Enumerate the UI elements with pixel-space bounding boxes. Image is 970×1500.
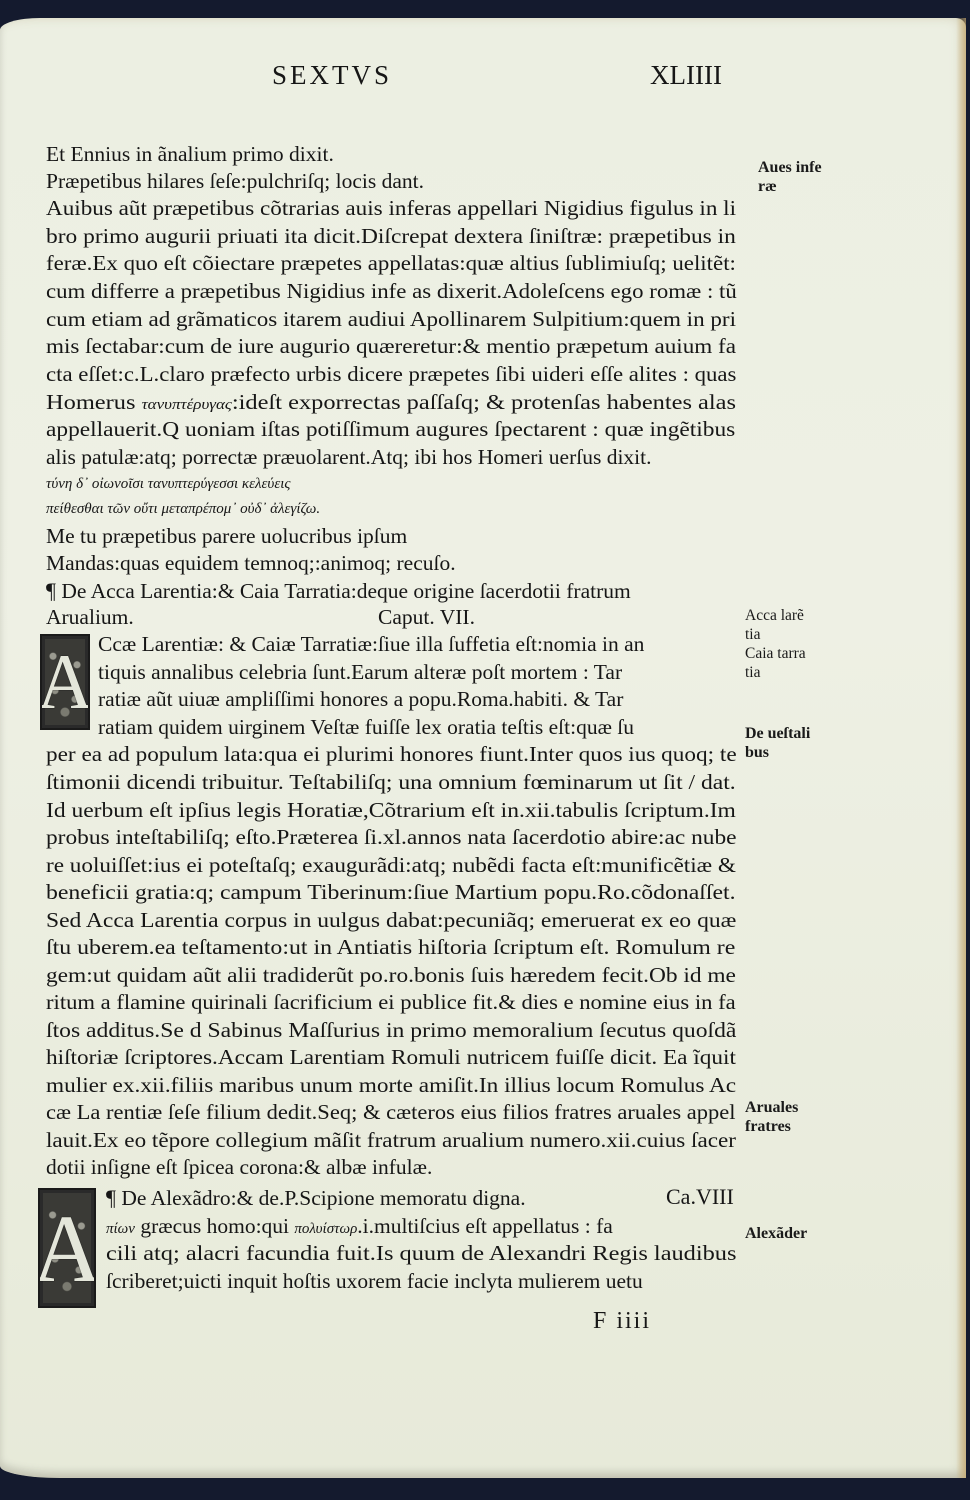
margin-note: Aruales fratres: [745, 1098, 798, 1136]
homerus-word: Homerus: [46, 390, 135, 414]
text-line: feræ.Ex quo eſt cõiectare præpetes appel…: [46, 249, 736, 277]
margin-note: Acca larẽ tia Caia tarra tia: [745, 606, 806, 682]
chapter-8-title: De Alexãdro:& de.P.Scipione memoratu dig…: [121, 1186, 525, 1210]
running-head-title: SEXTVS: [272, 60, 392, 91]
text-line: cum etiam ad grãmaticos itarem audiui Ap…: [46, 305, 736, 333]
text-line: ritum a flamine quirinali ſacrificium ei…: [46, 988, 736, 1016]
running-head: SEXTVS XLIIII: [0, 60, 966, 100]
folio-number: XLIIII: [650, 60, 722, 91]
text-line: cæ La rentiæ ſeſe filium dedit.Seq; & cæ…: [46, 1098, 735, 1126]
text-line: ratiæ aũt uiuæ ampliſſimi honores a popu…: [98, 685, 623, 713]
text-line: bro primo augurii priuati ita dicit.Diſc…: [46, 222, 736, 250]
text-line: Id uerbum eſt ipſius legis Horatiæ,Cõtra…: [46, 796, 736, 824]
text-line: probus inteſtabiliſq; eſto.Præterea ſi.x…: [46, 823, 737, 851]
text-line: ſtos additus.Se d Sabinus Maſſurius in p…: [46, 1016, 736, 1044]
text-line: dotii inſigne eſt ſpicea corona:& albæ i…: [46, 1153, 432, 1181]
text-line: appellauerit.Q uoniam iſtas potiſſimum a…: [46, 415, 735, 443]
greek-verse-line: πείθεσθαι τῶν οὔτι μεταπρέπομ᾽ οὐδ᾽ ἀλεγ…: [46, 495, 320, 523]
text-line: tiquis annalibus celebria ſunt.Earum alt…: [98, 658, 622, 686]
text-line: cum differre a præpetibus Nigidius infe …: [46, 277, 737, 305]
text-line: lauit.Ex eo tẽpore collegium mãſit fratr…: [46, 1126, 736, 1154]
margin-note: De ueſtali bus: [745, 724, 810, 762]
text-line: per ea ad populum lata:qua ei plurimi ho…: [46, 740, 737, 768]
text-line-homerus: Homerus τανυπτέρυγας:ideſt exporrectas p…: [46, 388, 736, 416]
margin-note: Aues infe ræ: [758, 158, 822, 196]
text-line: Ccæ Larentiæ: & Caiæ Tarratiæ:ſiue illa …: [98, 630, 644, 658]
decorated-initial-a: A: [40, 634, 90, 730]
text-line: ſtu uberem.ea teſtamento:ut in Antiatis …: [46, 933, 735, 961]
latin-verse-line: Me tu præpetibus parere uolucribus ipſum: [46, 522, 407, 550]
text-line: Præpetibus hilares ſeſe:pulchriſq; locis…: [46, 167, 424, 195]
text-line: mis ſectabar:cum de iure augurio quærere…: [46, 332, 736, 360]
text-line: ratiam quidem uirginem Veſtæ fuiſſe lex …: [98, 713, 634, 741]
text-line: ſcriberet;uicti inquit hoſtis uxorem fac…: [106, 1267, 643, 1295]
chapter-8-heading: ¶ De Alexãdro:& de.P.Scipione memoratu d…: [106, 1184, 526, 1212]
book-page: SEXTVS XLIIII Et Ennius in ãnalium primo…: [0, 18, 966, 1478]
text-line: Auibus aũt præpetibus cõtrarias auis inf…: [46, 194, 736, 222]
text-line: re uoluiſſet:ius ei poteſtaſq; exaugurãd…: [46, 851, 736, 879]
chapter-7-title: De Acca Larentia:& Caia Tarratia:deque o…: [61, 579, 630, 603]
text-line: gem:ut quidam aũt alii tradiderũt po.ro.…: [46, 961, 736, 989]
text-line: beneficii gratia:q; campum Tiberinum:ſiu…: [46, 878, 736, 906]
text-line: cili atq; alacri facundia fuit.Is quum d…: [106, 1239, 736, 1267]
chapter-8-number: Ca.VIII: [666, 1184, 734, 1210]
text-line: Sed Acca Larentia corpus in uulgus dabat…: [46, 906, 736, 934]
text-line: cta eſſet:c.L.claro præfecto urbis dicer…: [46, 360, 736, 388]
chapter-7-heading: ¶ De Acca Larentia:& Caia Tarratia:deque…: [46, 577, 631, 605]
homerus-line-rest: :ideſt exporrectas paſſaſq; & protenſas …: [232, 390, 736, 414]
latin-verse-line: Mandas:quas equidem temnoq;:animoq; recu…: [46, 549, 456, 577]
greek-word: πολυίστωρ: [294, 1221, 357, 1237]
pilcrow-icon: ¶: [46, 578, 56, 603]
greek-verse-line: τύνη δ᾽ οἰωνοῖσι τανυπτερύγεσσι κελεύεις: [46, 470, 290, 498]
decorated-initial-a: A: [38, 1188, 96, 1308]
greek-word: τανυπτέρυγας: [142, 397, 232, 413]
margin-note: Alexãder: [745, 1224, 807, 1243]
text-line: πίων græcus homo:qui πολυίστωρ.i.multiſc…: [106, 1212, 613, 1240]
text-line: ſtimonii dicendi tribuitur. Teſtabiliſq;…: [46, 768, 736, 796]
chapter-7-heading-cont: Arualium.: [46, 603, 134, 631]
text-line: alis patulæ:atq; porrectæ præuolarent.At…: [46, 443, 652, 471]
text-line: mulier ex.xii.filiis maribus unum morte …: [46, 1071, 736, 1099]
pilcrow-icon: ¶: [106, 1185, 116, 1210]
text-line: Et Ennius in ãnalium primo dixit.: [46, 140, 334, 168]
greek-word: πίων: [106, 1221, 135, 1237]
text-line: hiſtoriæ ſcriptores.Accam Larentiam Romu…: [46, 1043, 736, 1071]
chapter-7-number: Caput. VII.: [378, 605, 475, 630]
signature-mark: F iiii: [593, 1308, 651, 1335]
